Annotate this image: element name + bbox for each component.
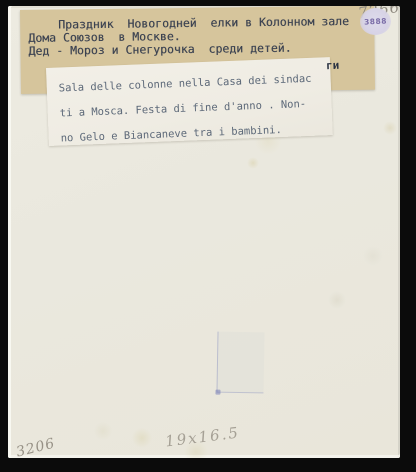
- faded-stamp-remnant: [216, 332, 264, 394]
- photo-card-back: Праздник Новогодней елки в Колонном зале…: [8, 6, 400, 458]
- cyrillic-text-fragment: ги: [326, 59, 340, 72]
- pencil-size-annotation: 19x16.5: [164, 423, 241, 450]
- italian-caption-label: Sala delle colonne nella Casa dei sindac…: [46, 57, 333, 146]
- pencil-number-bottom-left: 3206: [15, 435, 57, 458]
- russian-caption-line: Дед - Мороз и Снегурочка среди детей.: [20, 41, 374, 58]
- archive-stamp: 3888: [359, 7, 391, 36]
- photo-back-scan: Праздник Новогодней елки в Колонном зале…: [0, 0, 416, 472]
- archive-stamp-number: 3888: [364, 16, 387, 26]
